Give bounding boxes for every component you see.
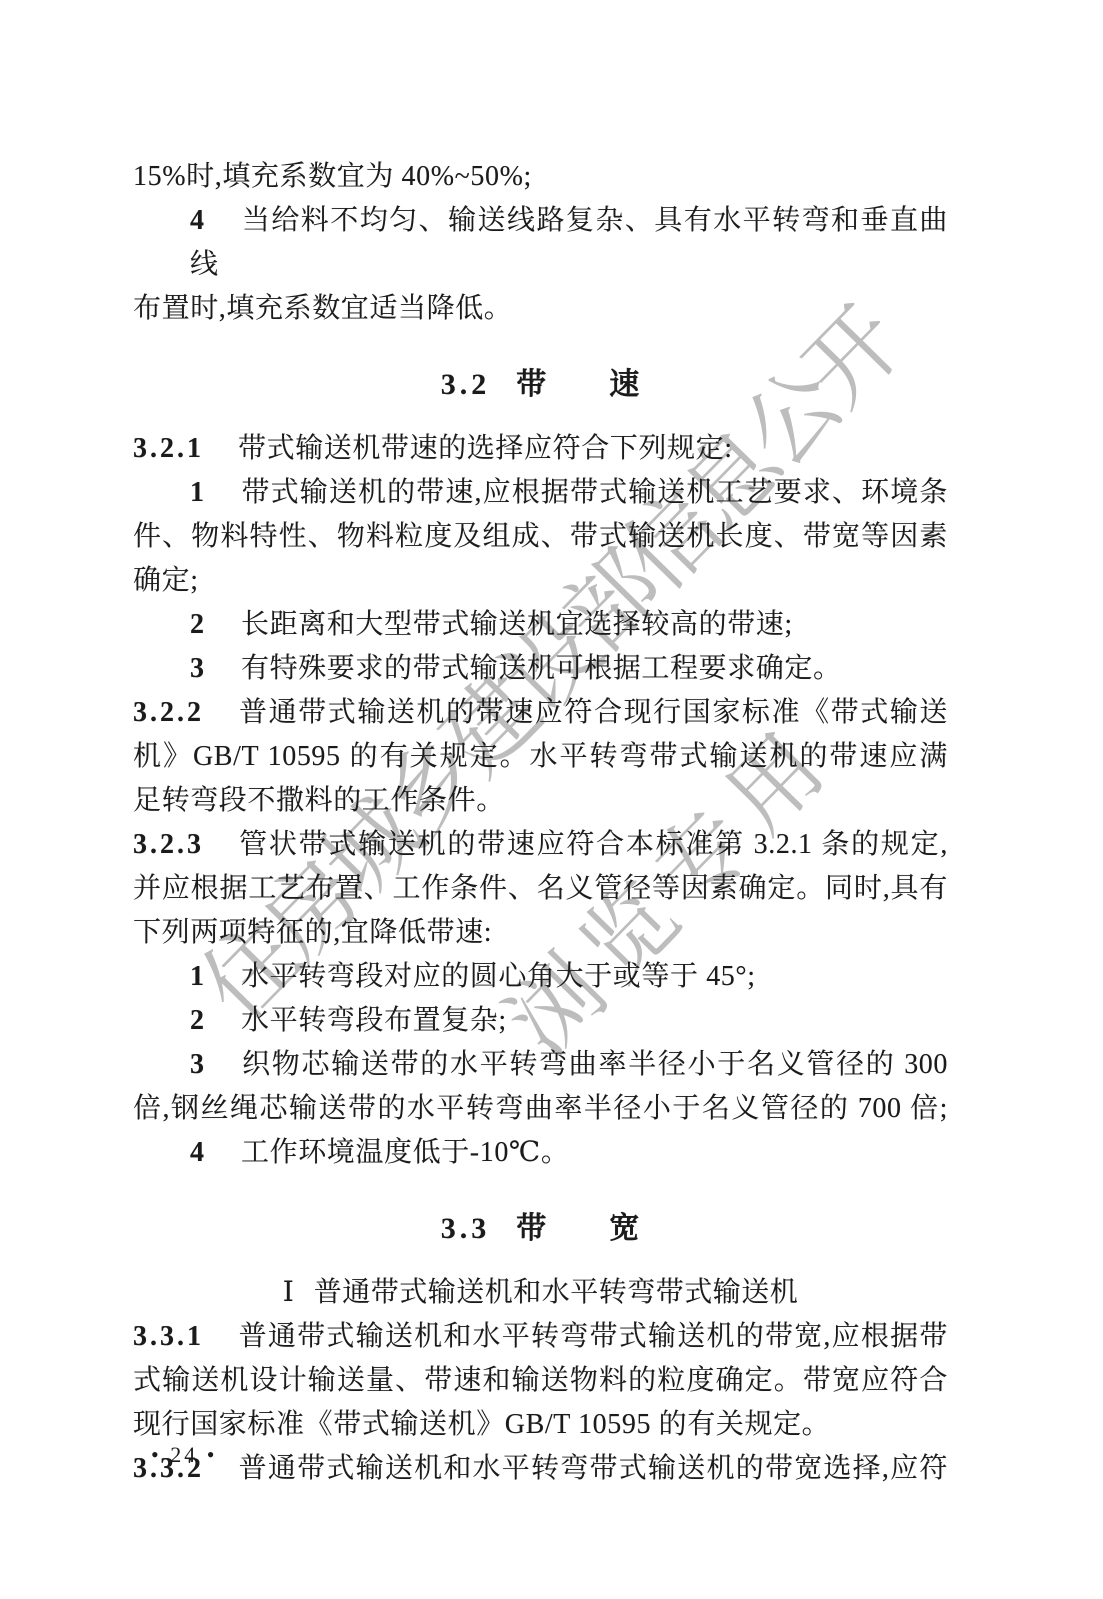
clause-number: 3.2.1 [133,433,204,464]
clause-number: 3 [190,653,207,684]
text-line: 件、物料特性、物料粒度及组成、带式输送机长度、带宽等因素 [133,515,948,559]
clause-number: 3.3.1 [133,1321,204,1352]
clause-number: 1 [190,477,207,508]
line-text: 普通带式输送机和水平转弯带式输送机的带宽选择,应符 [238,1453,948,1484]
line-text: 倍,钢丝绳芯输送带的水平转弯曲率半径小于名义管径的 700 倍; [133,1093,948,1124]
text-line: 3.2带 速 [133,363,948,407]
clause-number: 3.2.3 [133,829,204,860]
line-text: 带式输送机的带速,应根据带式输送机工艺要求、环境条 [241,477,948,508]
line-text: 机》GB/T 10595 的有关规定。水平转弯带式输送机的带速应满 [133,741,948,772]
clause-number: 4 [190,1137,207,1168]
clause-number: 3.2.2 [133,697,204,728]
line-text: 普通带式输送机和水平转弯带式输送机 [314,1277,799,1308]
line-text: 带式输送机带速的选择应符合下列规定: [238,433,733,464]
line-text: 下列两项特征的,宜降低带速: [133,917,492,948]
text-line: 2水平转弯段布置复杂; [133,999,948,1043]
text-line: 4工作环境温度低于-10℃。 [133,1131,948,1175]
text-line: 1水平转弯段对应的圆心角大于或等于 45°; [133,955,948,999]
clause-number: 4 [190,205,207,236]
text-line: 倍,钢丝绳芯输送带的水平转弯曲率半径小于名义管径的 700 倍; [133,1087,948,1131]
line-text: 管状带式输送机的带速应符合本标准第 3.2.1 条的规定, [238,829,948,860]
document-page: 住房城乡建设部信息公开 浏览专用 15%时,填充系数宜为 40%~50%;4当给… [0,0,1103,1599]
text-line: 1带式输送机的带速,应根据带式输送机工艺要求、环境条 [133,471,948,515]
text-line: 3.3.2普通带式输送机和水平转弯带式输送机的带宽选择,应符 [133,1447,948,1491]
line-text: 织物芯输送带的水平转弯曲率半径小于名义管径的 300 [241,1049,948,1080]
clause-number: Ⅰ [283,1277,294,1308]
line-text: 工作环境温度低于-10℃。 [241,1137,569,1168]
clause-number: 3.2 [441,368,491,401]
line-text: 布置时,填充系数宜适当降低。 [133,293,512,324]
text-column: 15%时,填充系数宜为 40%~50%;4当给料不均匀、输送线路复杂、具有水平转… [133,155,948,1491]
line-text: 现行国家标准《带式输送机》GB/T 10595 的有关规定。 [133,1409,830,1440]
line-text: 水平转弯段布置复杂; [241,1005,507,1036]
line-text: 长距离和大型带式输送机宜选择较高的带速; [241,609,793,640]
text-line: 4当给料不均匀、输送线路复杂、具有水平转弯和垂直曲线 [133,199,948,287]
text-line: 2长距离和大型带式输送机宜选择较高的带速; [133,603,948,647]
line-text: 水平转弯段对应的圆心角大于或等于 45°; [241,961,756,992]
text-line: 布置时,填充系数宜适当降低。 [133,287,948,331]
text-line: 确定; [133,559,948,603]
line-text: 足转弯段不撒料的工作条件。 [133,785,505,816]
line-text: 15%时,填充系数宜为 40%~50%; [133,161,532,192]
line-text: 有特殊要求的带式输送机可根据工程要求确定。 [241,653,842,684]
text-line: 3.2.3管状带式输送机的带速应符合本标准第 3.2.1 条的规定, [133,823,948,867]
text-line: Ⅰ普通带式输送机和水平转弯带式输送机 [133,1271,948,1315]
text-line: 3有特殊要求的带式输送机可根据工程要求确定。 [133,647,948,691]
text-line: 3.3带 宽 [133,1207,948,1251]
text-line: 式输送机设计输送量、带速和输送物料的粒度确定。带宽应符合 [133,1359,948,1403]
text-line: 现行国家标准《带式输送机》GB/T 10595 的有关规定。 [133,1403,948,1447]
clause-number: 1 [190,961,207,992]
text-line: 机》GB/T 10595 的有关规定。水平转弯带式输送机的带速应满 [133,735,948,779]
text-line: 下列两项特征的,宜降低带速: [133,911,948,955]
line-text: 带 速 [516,368,640,401]
line-text: 确定; [133,565,199,596]
line-text: 件、物料特性、物料粒度及组成、带式输送机长度、带宽等因素 [133,521,948,552]
line-text: 当给料不均匀、输送线路复杂、具有水平转弯和垂直曲线 [190,205,948,280]
text-line: 3.2.1带式输送机带速的选择应符合下列规定: [133,427,948,471]
text-line: 3.2.2普通带式输送机的带速应符合现行国家标准《带式输送 [133,691,948,735]
text-line: 3织物芯输送带的水平转弯曲率半径小于名义管径的 300 [133,1043,948,1087]
line-text: 普通带式输送机和水平转弯带式输送机的带宽,应根据带 [238,1321,948,1352]
line-text: 并应根据工艺布置、工作条件、名义管径等因素确定。同时,具有 [133,873,948,904]
text-line: 3.3.1普通带式输送机和水平转弯带式输送机的带宽,应根据带 [133,1315,948,1359]
line-text: 式输送机设计输送量、带速和输送物料的粒度确定。带宽应符合 [133,1365,948,1396]
clause-number: 3.3 [441,1212,491,1245]
text-line: 并应根据工艺布置、工作条件、名义管径等因素确定。同时,具有 [133,867,948,911]
clause-number: 3 [190,1049,207,1080]
line-text: 带 宽 [516,1212,640,1245]
clause-number: 2 [190,1005,207,1036]
page-number-footer: • 24 • [151,1442,217,1468]
text-line: 足转弯段不撒料的工作条件。 [133,779,948,823]
line-text: 普通带式输送机的带速应符合现行国家标准《带式输送 [238,697,948,728]
clause-number: 2 [190,609,207,640]
text-line: 15%时,填充系数宜为 40%~50%; [133,155,948,199]
